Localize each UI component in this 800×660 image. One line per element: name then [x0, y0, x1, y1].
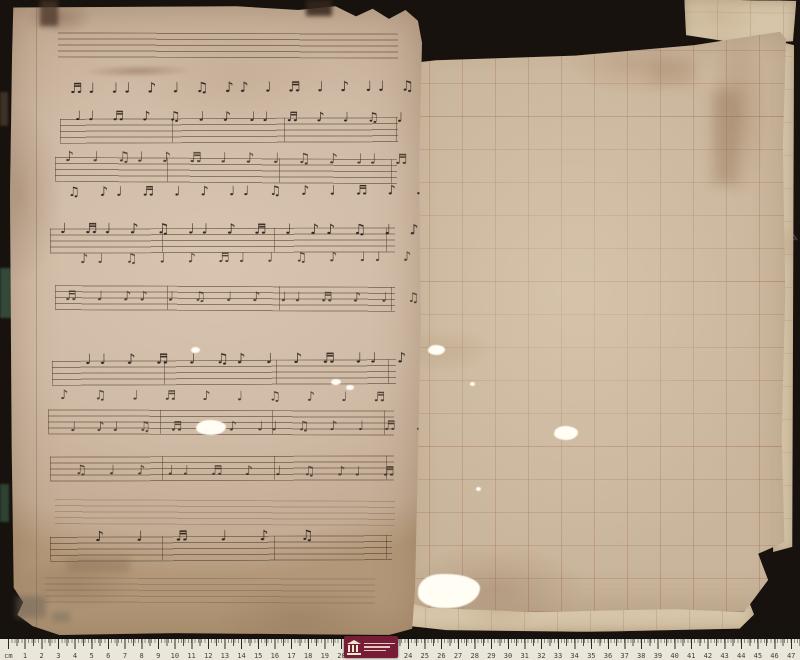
scanner-background-green-sliver: [0, 484, 9, 522]
measurement-ruler: cm12345678910111213141516171819202122232…: [0, 638, 800, 660]
handwritten-notes: ♬♩ ♩♩ ♪ ♩ ♫ ♪♪ ♩ ♬ ♩ ♪ ♩♩ ♫ ♩ ♪: [70, 78, 468, 97]
classical-building-icon: [347, 640, 361, 655]
tempo-marking-smudge: [88, 60, 188, 80]
music-staff: [45, 577, 375, 603]
scanner-background-brown-sliver: [0, 92, 8, 126]
handwritten-notes: ♩♩ ♪ ♬ ♩ ♫♪ ♩ ♪ ♬ ♩♩ ♪ ♫ ♩: [85, 350, 474, 368]
handwritten-notes: ♬ ♩ ♪♪ ♩ ♫ ♩ ♪ ♩♩ ♬ ♪ ♩ ♫ ♪: [65, 289, 456, 306]
ruler-scale-labels: cm12345678910111213141516171819202122232…: [0, 652, 800, 660]
grid-page-right: [396, 30, 794, 612]
handwritten-notes: ♫ ♪♩ ♬ ♩ ♪ ♩♩ ♫ ♪ ♩ ♬ ♪ ♩ ♫♩: [68, 183, 476, 200]
manuscript-page-left: ♬♩ ♩♩ ♪ ♩ ♫ ♪♪ ♩ ♬ ♩ ♪ ♩♩ ♫ ♩ ♪ ♩♩ ♬ ♪ ♫…: [10, 5, 422, 635]
music-staff: [55, 499, 395, 526]
handwritten-notes: ♪ ♫ ♩ ♬ ♪ ♩ ♫ ♪ ♩ ♬: [60, 388, 396, 405]
handwritten-notes: ♩ ♬♩ ♪ ♫ ♩♩ ♪ ♬ ♩ ♪♪ ♫ ♩ ♪ ♩: [60, 221, 451, 238]
handwritten-notes: ♩ ♪♩ ♫ ♬ ♩ ♪ ♩♩ ♫ ♪ ♩ ♬ ♪: [70, 419, 432, 435]
archive-logo-badge: [344, 636, 398, 658]
page-fold-line: [36, 5, 37, 635]
handwritten-notes: ♪ ♩ ♬ ♩ ♪ ♫: [95, 528, 328, 545]
handwritten-notes: ♫ ♩ ♪ ♩♩ ♬ ♪ ♩ ♫ ♪♩ ♬ ♩: [75, 463, 432, 480]
badge-text-lines: [364, 643, 395, 652]
music-staff: [58, 32, 398, 58]
handwritten-notes: ♩♩ ♬ ♪ ♫ ♩ ♪ ♩♩ ♬ ♪ ♩ ♫ ♩ ♪♪ ♩: [75, 109, 476, 126]
scanner-background-green-sliver: [0, 268, 11, 318]
